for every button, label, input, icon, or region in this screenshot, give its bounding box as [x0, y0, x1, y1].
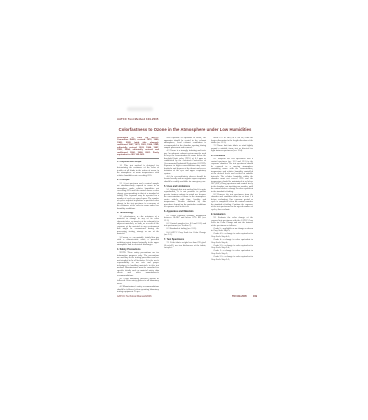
page-footer: AATCC Technical Manual/2006 TM 109-2005 …	[117, 295, 257, 298]
body-paragraph: Grade 3—a change in color equivalent to …	[211, 250, 253, 255]
method-header-text: AATCC Test Method 109-2005	[117, 118, 257, 121]
body-paragraph: Grade 4.5—a change in color equivalent t…	[211, 233, 253, 238]
body-paragraph: 6.4 AATCC Gray Scale for Color Change (s…	[164, 232, 206, 237]
section-heading: 9. Evaluation	[211, 214, 253, 217]
body-paragraph: vent exposure of operators to ozone, the…	[164, 137, 206, 150]
section-heading: 6. Apparatus and Materials	[164, 211, 206, 214]
section-heading: 4. Safety Precautions	[117, 249, 159, 252]
section-heading: 1. Purpose and Scope	[117, 161, 159, 164]
body-paragraph: Grade 2.5—a change in color equivalent t…	[211, 256, 253, 261]
body-paragraph: 6.2 Control samples (see 8.2 and 12.2) a…	[164, 223, 206, 228]
body-columns: Developed in 1962 by AATCC Committee RA3…	[117, 137, 253, 298]
body-paragraph: NOTE: These safety precautions are for i…	[117, 252, 159, 277]
body-paragraph: 4.3 Ozone is a strongly irritating and t…	[164, 150, 206, 175]
body-paragraph: Grade 4—a change in color equivalent to …	[211, 239, 253, 244]
text-column-1: Developed in 1962 by AATCC Committee RA3…	[117, 137, 159, 298]
text-column-3: mens 6 x 10 cm (2.4 x 4.0 in.) with the …	[211, 137, 253, 298]
body-paragraph: Grade 5—negligible or no change as shown…	[211, 228, 253, 233]
body-paragraph: 5.1 Although this test method itself is …	[164, 189, 206, 209]
body-paragraph: 4.2 Manufacturer's safety recommendation…	[117, 286, 159, 294]
body-paragraph: 7.2 Yarns: knit into fabric or wind tigh…	[211, 145, 253, 153]
body-paragraph: 3.1 colorfastness, n.—the resistance of …	[117, 216, 159, 236]
body-paragraph: mens 6 x 10 cm (2.4 x 4.0 in.) with the …	[211, 137, 253, 145]
body-paragraph: 7.1 If the fabric weighs less than 270 g…	[164, 242, 206, 250]
text-column-2: vent exposure of operators to ozone, the…	[164, 137, 206, 298]
footer-manual-text: AATCC Technical Manual/2006	[117, 295, 152, 298]
section-heading: 5. Uses and Limitations	[164, 186, 206, 189]
divider-rule	[117, 158, 159, 159]
body-paragraph: 8.1 Suspend the test specimens and a con…	[211, 158, 253, 193]
footer-right-group: TM 109-2005 169	[232, 295, 257, 298]
section-heading: 2. Principle	[117, 179, 159, 182]
body-paragraph: 6.3 Standard of fading (see 12.2).	[164, 228, 206, 231]
section-heading: 7. Test Specimens	[164, 239, 206, 242]
history-paragraph: Developed in 1962 by AATCC Committee RA3…	[117, 137, 159, 157]
body-paragraph: 8.2 Remove the test specimens from the c…	[211, 194, 253, 212]
body-paragraph: 1.1 This test method is designed for det…	[117, 165, 159, 178]
body-paragraph: 2.1 A test specimen and a control sample…	[117, 183, 159, 211]
section-heading: 8. Procedure	[211, 155, 253, 158]
document-title: Colorfastness to Ozone in the Atmosphere…	[112, 128, 258, 133]
section-heading: 3. Terminology	[117, 212, 159, 215]
footer-method-text: TM 109-2005	[232, 295, 247, 298]
footer-page-number: 169	[253, 295, 257, 298]
scanned-document-page: AATCC Test Method 109-2005 Colorfastness…	[0, 0, 368, 420]
body-paragraph: 4.4 An eyewash/safety shower should be l…	[164, 176, 206, 184]
body-paragraph: 4.1 Good laboratory practices should be …	[117, 278, 159, 286]
body-paragraph: 3.2 ozone, n.—an unstable, faintly blue …	[117, 237, 159, 247]
scan-smudge	[127, 107, 153, 111]
body-paragraph: 6.1 Ozone exposure chamber, maintained b…	[164, 215, 206, 223]
body-paragraph: 9.1 Evaluate the color change of the exp…	[211, 217, 253, 227]
